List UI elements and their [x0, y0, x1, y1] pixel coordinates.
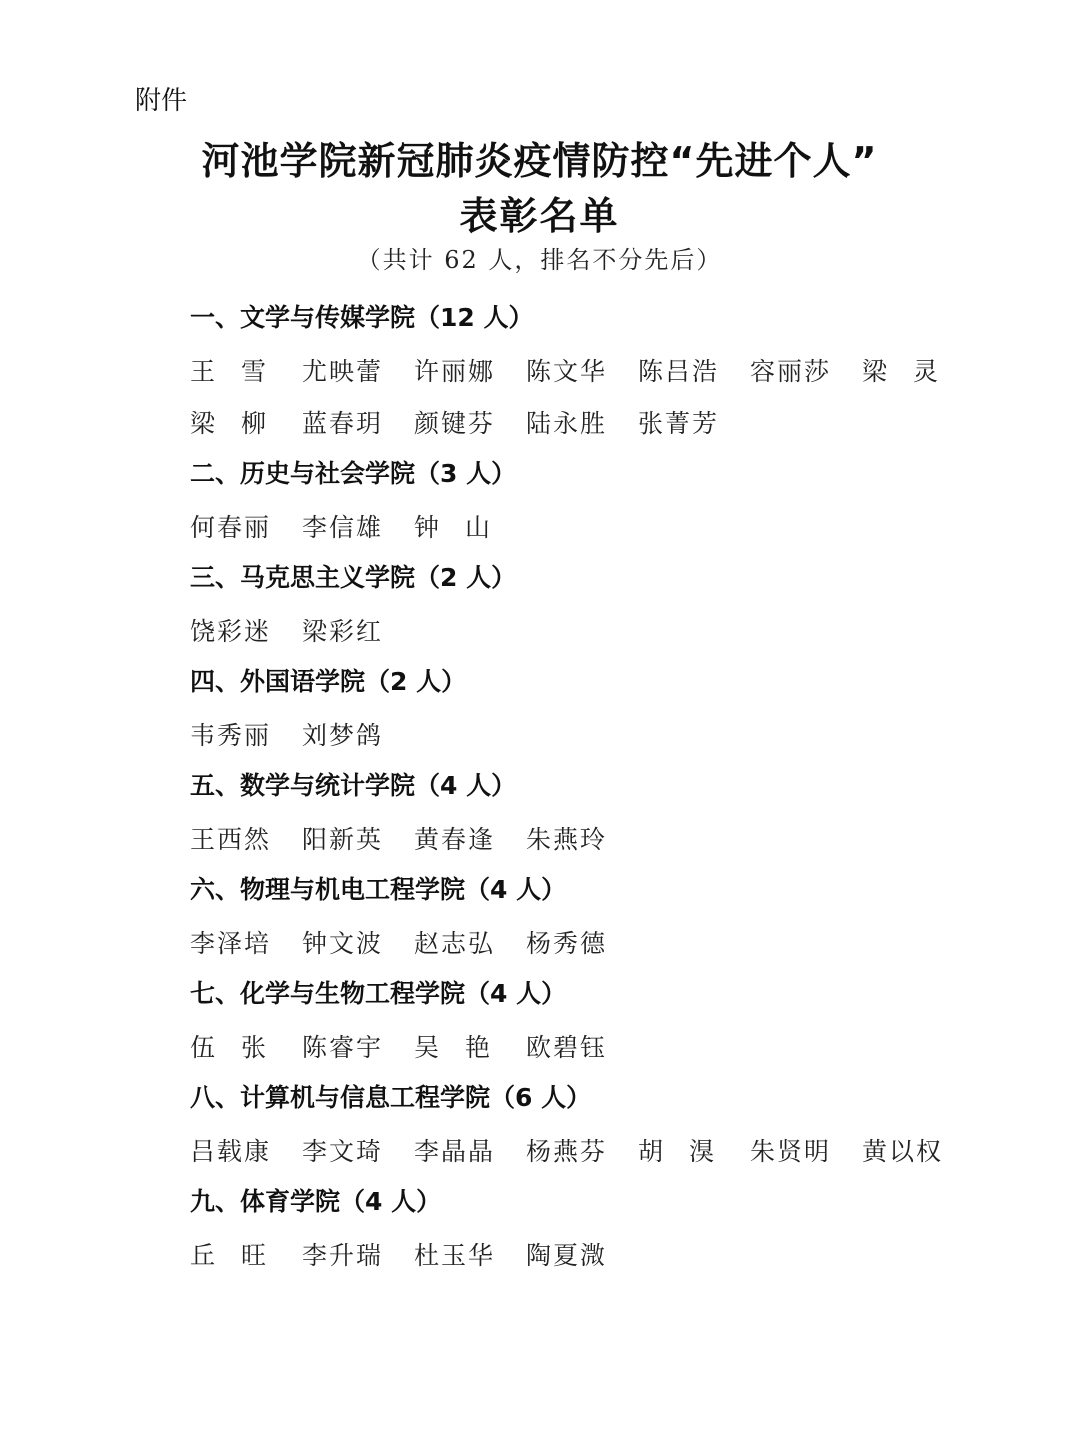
honoree-name: 梁彩红: [302, 610, 414, 662]
names-row: 吕载康李文琦李晶晶杨燕芬胡湨朱贤明黄以权: [190, 1130, 990, 1182]
honoree-name: 赵志弘: [414, 922, 526, 974]
honoree-name: 杜玉华: [414, 1234, 526, 1286]
names-row: 王雪尤映蕾许丽娜陈文华陈吕浩容丽莎梁灵: [190, 350, 990, 402]
honoree-name: 黄以权: [862, 1130, 974, 1182]
honoree-name: 伍张: [190, 1026, 302, 1078]
honoree-name: 蓝春玥: [302, 402, 414, 454]
document-title: 河池学院新冠肺炎疫情防控“先进个人”: [0, 130, 1079, 185]
names-row: 李泽培钟文波赵志弘杨秀德: [190, 922, 990, 974]
honoree-name: 刘梦鸽: [302, 714, 414, 766]
honoree-name: 朱贤明: [750, 1130, 862, 1182]
document-title-line2: 表彰名单: [0, 185, 1079, 240]
section-heading: 九、体育学院（4 人）: [190, 1182, 990, 1234]
honoree-name: 李泽培: [190, 922, 302, 974]
honoree-name: 陈文华: [526, 350, 638, 402]
honoree-name: 陈吕浩: [638, 350, 750, 402]
section-heading: 一、文学与传媒学院（12 人）: [190, 298, 990, 350]
honoree-name: 吕载康: [190, 1130, 302, 1182]
names-row: 何春丽李信雄钟山: [190, 506, 990, 558]
attachment-label: 附件: [135, 80, 187, 117]
honoree-name: 许丽娜: [414, 350, 526, 402]
honoree-name: 陆永胜: [526, 402, 638, 454]
honoree-name: 饶彩迷: [190, 610, 302, 662]
section-heading: 三、马克思主义学院（2 人）: [190, 558, 990, 610]
section-heading: 五、数学与统计学院（4 人）: [190, 766, 990, 818]
honoree-name: 胡湨: [638, 1130, 750, 1182]
honoree-name: 李升瑞: [302, 1234, 414, 1286]
section-heading: 二、历史与社会学院（3 人）: [190, 454, 990, 506]
names-row: 丘旺李升瑞杜玉华陶夏溦: [190, 1234, 990, 1286]
names-row: 韦秀丽刘梦鸽: [190, 714, 990, 766]
honoree-name: 梁柳: [190, 402, 302, 454]
honoree-name: 丘旺: [190, 1234, 302, 1286]
honoree-name: 陈睿宇: [302, 1026, 414, 1078]
honoree-name: 欧碧钰: [526, 1026, 638, 1078]
honoree-name: 李晶晶: [414, 1130, 526, 1182]
honoree-name: 李文琦: [302, 1130, 414, 1182]
names-row: 梁柳蓝春玥颜键芬陆永胜张菁芳: [190, 402, 990, 454]
honoree-name: 吴艳: [414, 1026, 526, 1078]
honoree-name: 王雪: [190, 350, 302, 402]
names-row: 王西然阳新英黄春逢朱燕玲: [190, 818, 990, 870]
honoree-name: 王西然: [190, 818, 302, 870]
honoree-name: 李信雄: [302, 506, 414, 558]
honoree-name: 韦秀丽: [190, 714, 302, 766]
honoree-name: 何春丽: [190, 506, 302, 558]
honoree-name: 杨燕芬: [526, 1130, 638, 1182]
honoree-name: 陶夏溦: [526, 1234, 638, 1286]
names-row: 饶彩迷梁彩红: [190, 610, 990, 662]
section-heading: 四、外国语学院（2 人）: [190, 662, 990, 714]
honoree-list: 一、文学与传媒学院（12 人）王雪尤映蕾许丽娜陈文华陈吕浩容丽莎梁灵梁柳蓝春玥颜…: [190, 298, 990, 1286]
section-heading: 八、计算机与信息工程学院（6 人）: [190, 1078, 990, 1130]
section-heading: 六、物理与机电工程学院（4 人）: [190, 870, 990, 922]
honoree-name: 张菁芳: [638, 402, 750, 454]
honoree-name: 黄春逢: [414, 818, 526, 870]
honoree-name: 阳新英: [302, 818, 414, 870]
honoree-name: 朱燕玲: [526, 818, 638, 870]
honoree-name: 容丽莎: [750, 350, 862, 402]
document-subtitle: （共计 62 人，排名不分先后）: [0, 240, 1079, 275]
honoree-name: 钟文波: [302, 922, 414, 974]
honoree-name: 钟山: [414, 506, 526, 558]
honoree-name: 梁灵: [862, 350, 974, 402]
honoree-name: 颜键芬: [414, 402, 526, 454]
section-heading: 七、化学与生物工程学院（4 人）: [190, 974, 990, 1026]
honoree-name: 杨秀德: [526, 922, 638, 974]
honoree-name: 尤映蕾: [302, 350, 414, 402]
names-row: 伍张陈睿宇吴艳欧碧钰: [190, 1026, 990, 1078]
